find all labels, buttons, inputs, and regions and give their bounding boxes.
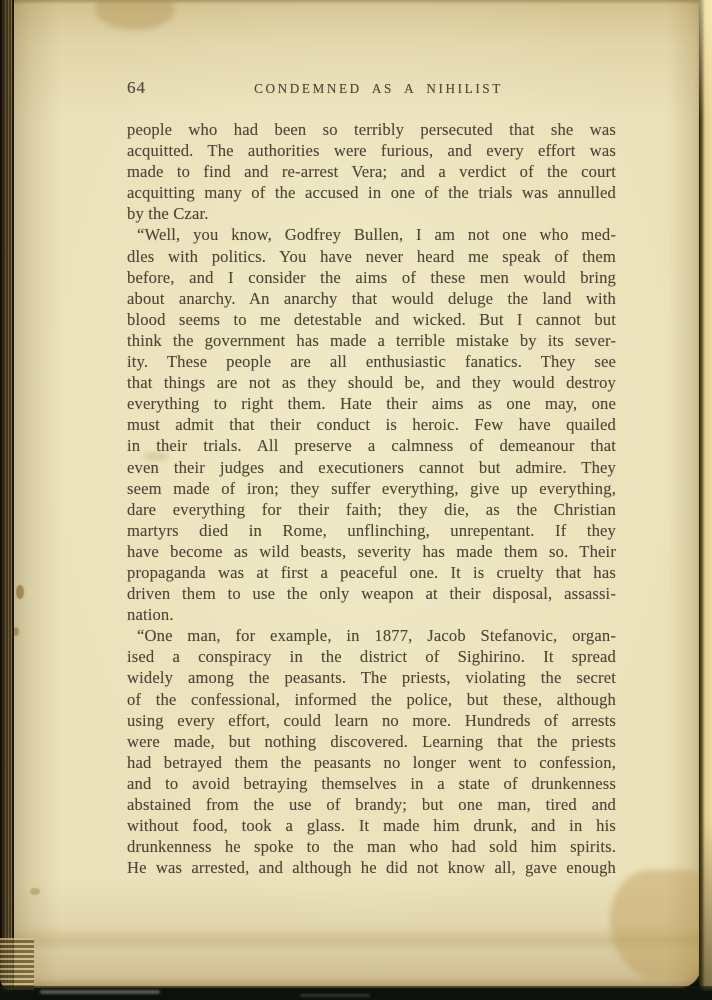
text-line: martyrs died in Rome, unflinching, unrep… (127, 520, 616, 541)
text-line: of the confessional, informed the police… (127, 689, 616, 710)
text-line: seem made of iron; they suffer everythin… (127, 478, 616, 499)
page-edge-right (699, 0, 712, 991)
text-line: blood seems to me detestable and wicked.… (127, 309, 616, 330)
text-line: ised a conspiracy in the district of Sig… (127, 646, 616, 667)
text-line: “One man, for example, in 1877, Jacob St… (127, 625, 616, 646)
text-line: using every effort, could learn no more.… (127, 710, 616, 731)
text-line: driven them to use the only weapon at th… (127, 583, 616, 604)
body-text: people who had been so terribly persecut… (127, 119, 616, 878)
text-line: before, and I consider the aims of these… (127, 267, 616, 288)
running-title: CONDEMNED AS A NIHILIST (127, 78, 616, 97)
text-line: made to find and re-arrest Vera; and a v… (127, 161, 616, 182)
scanned-book-photo: 64 CONDEMNED AS A NIHILIST people who ha… (0, 0, 712, 1000)
paragraph: “One man, for example, in 1877, Jacob St… (127, 625, 616, 878)
text-line: dare everything for their faith; they di… (127, 499, 616, 520)
stain (95, 0, 175, 30)
page-header: 64 CONDEMNED AS A NIHILIST (127, 78, 616, 100)
text-line: acquitting many of the accused in one of… (127, 182, 616, 203)
text-line: He was arrested, and although he did not… (127, 857, 616, 878)
text-line: people who had been so terribly persecut… (127, 119, 616, 140)
text-line: propaganda was at first a peaceful one. … (127, 562, 616, 583)
text-line: without food, took a glass. It made him … (127, 815, 616, 836)
book-page: 64 CONDEMNED AS A NIHILIST people who ha… (0, 0, 701, 988)
text-line: were made, but nothing discovered. Learn… (127, 731, 616, 752)
text-line: and to avoid betraying themselves in a s… (127, 773, 616, 794)
text-line: ity. These people are all enthusiastic f… (127, 351, 616, 372)
text-line: had betrayed them the peasants no longer… (127, 752, 616, 773)
stain (610, 870, 700, 980)
text-line: dles with politics. You have never heard… (127, 246, 616, 267)
text-line: abstained from the use of brandy; but on… (127, 794, 616, 815)
text-line: everything to right them. Hate their aim… (127, 393, 616, 414)
shadow-streak (40, 990, 160, 994)
text-line: must admit that their conduct is heroic.… (127, 414, 616, 435)
stain (16, 585, 24, 599)
text-line: that things are not as they should be, a… (127, 372, 616, 393)
text-line: even their judges and executioners canno… (127, 457, 616, 478)
paragraph: “Well, you know, Godfrey Bullen, I am no… (127, 224, 616, 625)
text-line: about anarchy. An anarchy that would del… (127, 288, 616, 309)
text-line: acquitted. The authorities were furious,… (127, 140, 616, 161)
book-binding-edge (0, 0, 14, 1000)
stacked-page-edges (0, 938, 34, 990)
text-line: drunkenness he spoke to the man who had … (127, 836, 616, 857)
text-line: in their trials. All preserve a calmness… (127, 435, 616, 456)
text-line: “Well, you know, Godfrey Bullen, I am no… (127, 224, 616, 245)
stain (30, 888, 40, 895)
page-curl-shading (10, 926, 698, 952)
text-line: nation. (127, 604, 616, 625)
shadow-streak (300, 994, 370, 997)
text-line: have become as wild beasts, severity has… (127, 541, 616, 562)
text-line: widely among the peasants. The priests, … (127, 667, 616, 688)
page-number: 64 (127, 78, 146, 98)
text-line: by the Czar. (127, 203, 616, 224)
text-line: think the government has made a terrible… (127, 330, 616, 351)
paragraph: people who had been so terribly persecut… (127, 119, 616, 224)
